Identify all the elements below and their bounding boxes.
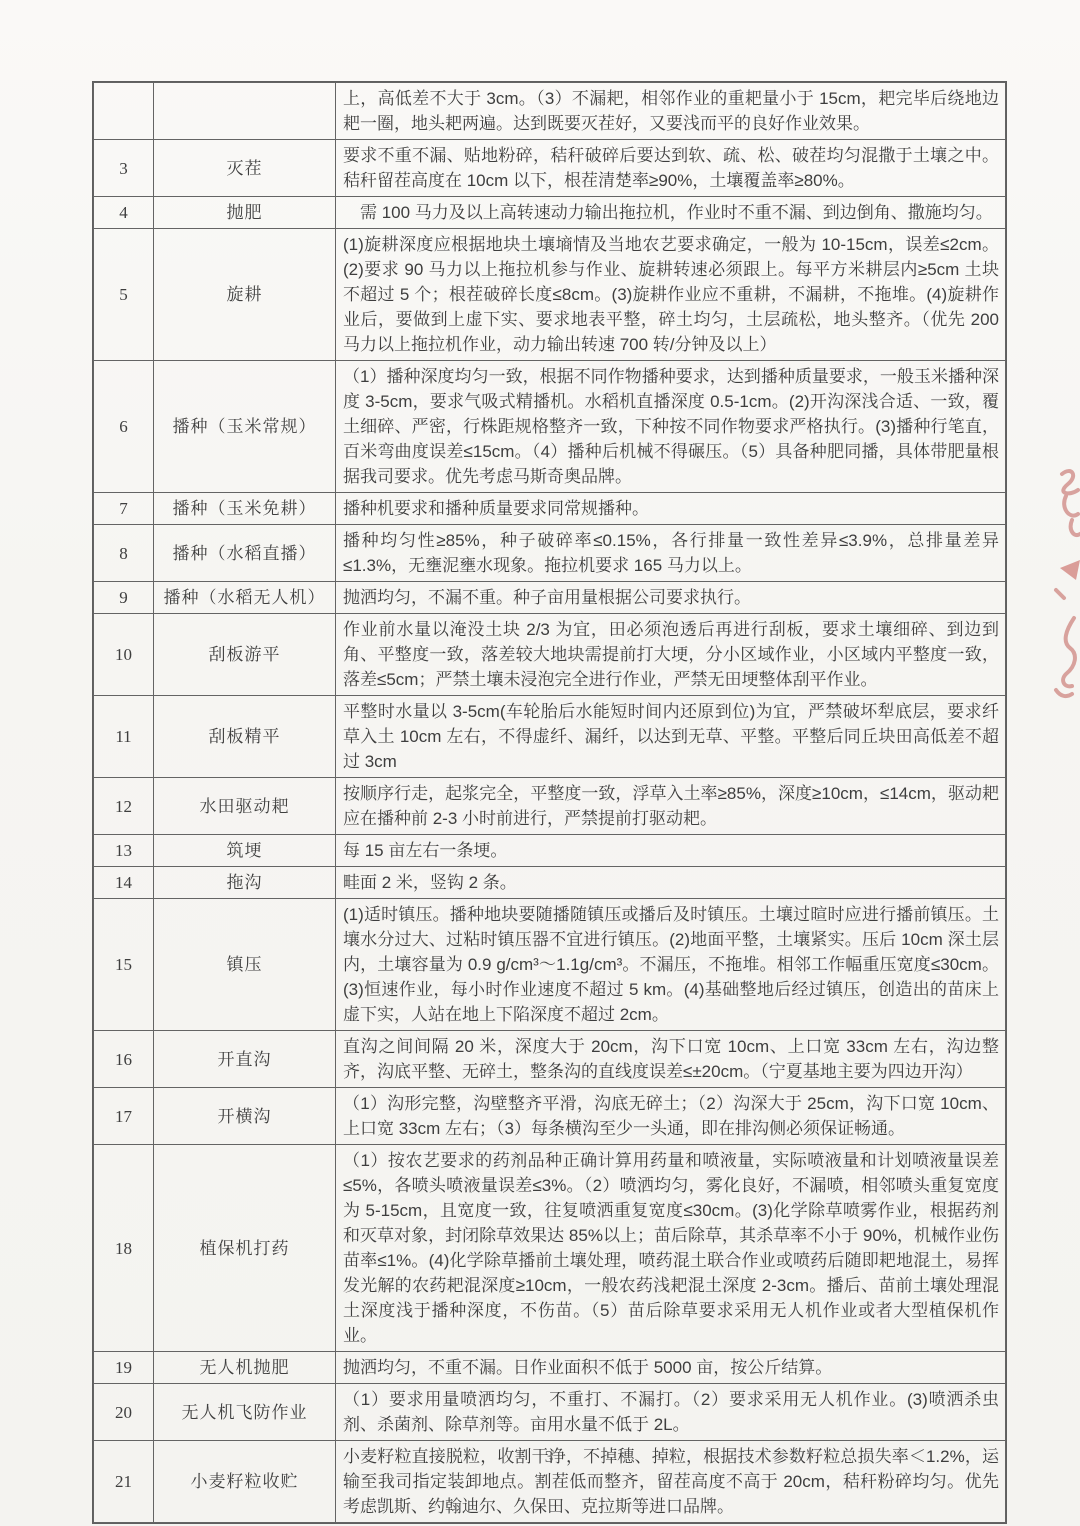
operation-name-cell: 播种（水稻直播）	[154, 525, 336, 582]
row-number-cell: 10	[94, 614, 154, 696]
table-row: 15镇压(1)适时镇压。播种地块要随播随镇压或播后及时镇压。土壤过暄时应进行播前…	[94, 899, 1006, 1031]
row-number-cell: 3	[94, 140, 154, 197]
requirements-cell: 畦面 2 米，竖钩 2 条。	[336, 867, 1006, 899]
row-number-cell: 14	[94, 867, 154, 899]
requirements-cell: 直沟之间间隔 20 米，深度大于 20cm，沟下口宽 10cm、上口宽 33cm…	[336, 1031, 1006, 1088]
requirements-cell: (1)旋耕深度应根据地块土壤墒情及当地农艺要求确定，一般为 10-15cm，误差…	[336, 229, 1006, 361]
operation-name-cell: 播种（玉米免耕）	[154, 493, 336, 525]
requirements-cell: 平整时水量以 3-5cm(车轮胎后水能短时间内还原到位)为宜，严禁破坏犁底层，要…	[336, 696, 1006, 778]
table-row: 7播种（玉米免耕）播种机要求和播种质量要求同常规播种。	[94, 493, 1006, 525]
scanned-document-page: 上，高低差不大于 3cm。（3）不漏耙，相邻作业的重耙量小于 15cm，耙完毕后…	[0, 0, 1080, 1526]
requirements-cell: 按顺序行走，起浆完全，平整度一致，浮草入土率≥85%，深度≥10cm，≤14cm…	[336, 778, 1006, 835]
standards-table-body: 上，高低差不大于 3cm。（3）不漏耙，相邻作业的重耙量小于 15cm，耙完毕后…	[94, 83, 1006, 1523]
row-number-cell: 15	[94, 899, 154, 1031]
table-row: 18植保机打药（1）按农艺要求的药剂品种正确计算用药量和喷液量，实际喷液量和计划…	[94, 1145, 1006, 1352]
operation-name-cell: 播种（玉米常规）	[154, 361, 336, 493]
red-triangle-mark	[1060, 560, 1080, 580]
operation-name-cell: 镇压	[154, 899, 336, 1031]
operation-standards-table: 上，高低差不大于 3cm。（3）不漏耙，相邻作业的重耙量小于 15cm，耙完毕后…	[93, 82, 1006, 1523]
requirements-cell: 抛洒均匀，不漏不重。种子亩用量根据公司要求执行。	[336, 582, 1006, 614]
requirements-cell: 播种均匀性≥85%，种子破碎率≤0.15%，各行排量一致性差异≤3.9%，总排量…	[336, 525, 1006, 582]
operation-name-cell: 播种（水稻无人机）	[154, 582, 336, 614]
row-number-cell: 17	[94, 1088, 154, 1145]
row-number-cell: 16	[94, 1031, 154, 1088]
row-number-cell: 13	[94, 835, 154, 867]
row-number-cell: 8	[94, 525, 154, 582]
table-row: 6播种（玉米常规）（1）播种深度均匀一致，根据不同作物播种要求，达到播种质量要求…	[94, 361, 1006, 493]
row-number-cell: 5	[94, 229, 154, 361]
red-tick-mark	[1056, 590, 1064, 598]
row-number-cell: 20	[94, 1384, 154, 1441]
operation-name-cell: 抛肥	[154, 197, 336, 229]
row-number-cell: 19	[94, 1352, 154, 1384]
requirements-cell: 上，高低差不大于 3cm。（3）不漏耙，相邻作业的重耙量小于 15cm，耙完毕后…	[336, 83, 1006, 140]
table-row: 5旋耕(1)旋耕深度应根据地块土壤墒情及当地农艺要求确定，一般为 10-15cm…	[94, 229, 1006, 361]
requirements-cell: 抛洒均匀，不重不漏。日作业面积不低于 5000 亩，按公斤结算。	[336, 1352, 1006, 1384]
row-number-cell: 4	[94, 197, 154, 229]
table-row: 19无人机抛肥抛洒均匀，不重不漏。日作业面积不低于 5000 亩，按公斤结算。	[94, 1352, 1006, 1384]
table-row: 17开横沟（1）沟形完整，沟壁整齐平滑，沟底无碎土；（2）沟深大于 25cm，沟…	[94, 1088, 1006, 1145]
table-row: 上，高低差不大于 3cm。（3）不漏耙，相邻作业的重耙量小于 15cm，耙完毕后…	[94, 83, 1006, 140]
row-number-cell: 11	[94, 696, 154, 778]
requirements-cell: (1)适时镇压。播种地块要随播随镇压或播后及时镇压。土壤过暄时应进行播前镇压。土…	[336, 899, 1006, 1031]
row-number-cell: 9	[94, 582, 154, 614]
operation-name-cell	[154, 83, 336, 140]
row-number-cell	[94, 83, 154, 140]
red-handwriting-annotation	[1026, 438, 1080, 728]
table-row: 11刮板精平平整时水量以 3-5cm(车轮胎后水能短时间内还原到位)为宜，严禁破…	[94, 696, 1006, 778]
table-row: 8播种（水稻直播）播种均匀性≥85%，种子破碎率≤0.15%，各行排量一致性差异…	[94, 525, 1006, 582]
table-row: 13筑埂每 15 亩左右一条埂。	[94, 835, 1006, 867]
requirements-cell: 需 100 马力及以上高转速动力输出拖拉机，作业时不重不漏、到边倒角、撒施均匀。	[336, 197, 1006, 229]
requirements-cell: （1）播种深度均匀一致，根据不同作物播种要求，达到播种质量要求，一般玉米播种深度…	[336, 361, 1006, 493]
operation-name-cell: 筑埂	[154, 835, 336, 867]
table-row: 20无人机飞防作业（1）要求用量喷洒均匀，不重打、不漏打。（2）要求采用无人机作…	[94, 1384, 1006, 1441]
table-row: 3灭茬要求不重不漏、贴地粉碎，秸秆破碎后要达到软、疏、松、破茬均匀混撒于土壤之中…	[94, 140, 1006, 197]
operation-name-cell: 开直沟	[154, 1031, 336, 1088]
requirements-cell: 每 15 亩左右一条埂。	[336, 835, 1006, 867]
red-pen-stroke	[1062, 471, 1080, 535]
operation-name-cell: 旋耕	[154, 229, 336, 361]
requirements-cell: （1）按农艺要求的药剂品种正确计算用药量和喷液量，实际喷液量和计划喷液量误差≤5…	[336, 1145, 1006, 1352]
operation-name-cell: 刮板游平	[154, 614, 336, 696]
requirements-cell: （1）要求用量喷洒均匀，不重打、不漏打。（2）要求采用无人机作业。(3)喷洒杀虫…	[336, 1384, 1006, 1441]
operation-name-cell: 无人机飞防作业	[154, 1384, 336, 1441]
requirements-cell: 要求不重不漏、贴地粉碎，秸秆破碎后要达到软、疏、松、破茬均匀混撒于土壤之中。秸秆…	[336, 140, 1006, 197]
table-row: 4抛肥 需 100 马力及以上高转速动力输出拖拉机，作业时不重不漏、到边倒角、撒…	[94, 197, 1006, 229]
row-number-cell: 12	[94, 778, 154, 835]
operation-name-cell: 植保机打药	[154, 1145, 336, 1352]
operation-name-cell: 刮板精平	[154, 696, 336, 778]
page-number: 3	[93, 1447, 1005, 1467]
row-number-cell: 7	[94, 493, 154, 525]
table-row: 14拖沟畦面 2 米，竖钩 2 条。	[94, 867, 1006, 899]
requirements-cell: 播种机要求和播种质量要求同常规播种。	[336, 493, 1006, 525]
table-row: 10刮板游平作业前水量以淹没土块 2/3 为宜，田必须泡透后再进行刮板，要求土壤…	[94, 614, 1006, 696]
operation-name-cell: 灭茬	[154, 140, 336, 197]
requirements-cell: 作业前水量以淹没土块 2/3 为宜，田必须泡透后再进行刮板，要求土壤细碎、到边到…	[336, 614, 1006, 696]
requirements-cell: （1）沟形完整，沟壁整齐平滑，沟底无碎土；（2）沟深大于 25cm，沟下口宽 1…	[336, 1088, 1006, 1145]
operation-name-cell: 水田驱动耙	[154, 778, 336, 835]
table-row: 9播种（水稻无人机）抛洒均匀，不漏不重。种子亩用量根据公司要求执行。	[94, 582, 1006, 614]
table-row: 12水田驱动耙按顺序行走，起浆完全，平整度一致，浮草入土率≥85%，深度≥10c…	[94, 778, 1006, 835]
row-number-cell: 6	[94, 361, 154, 493]
operation-name-cell: 拖沟	[154, 867, 336, 899]
table-row: 16开直沟直沟之间间隔 20 米，深度大于 20cm，沟下口宽 10cm、上口宽…	[94, 1031, 1006, 1088]
red-pen-stroke	[1056, 618, 1075, 696]
operation-name-cell: 无人机抛肥	[154, 1352, 336, 1384]
row-number-cell: 18	[94, 1145, 154, 1352]
operation-name-cell: 开横沟	[154, 1088, 336, 1145]
